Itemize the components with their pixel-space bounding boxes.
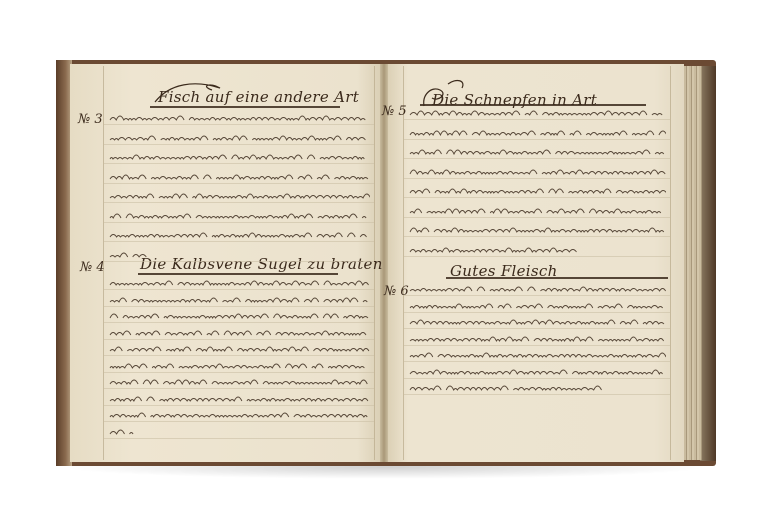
entry-6-number: № 6 [384,284,409,299]
ruled-line [104,222,374,223]
handwritten-text-line [108,393,370,405]
handwritten-text-line [108,310,370,322]
page-block-edges [684,66,702,460]
ruled-line [104,202,374,203]
handwritten-text-line [408,349,666,361]
ruled-line [404,312,670,313]
handwritten-text-line [108,249,148,261]
handwritten-text-line [408,333,666,345]
ruled-line [404,197,670,198]
handwritten-text-line [108,112,370,124]
ruled-line [404,217,670,218]
ruled-line [104,241,374,242]
handwritten-text-line [108,426,138,438]
ruled-line [404,295,670,296]
handwritten-text-line [108,171,370,183]
handwritten-text-line [108,294,370,306]
entry-3-heading: Fisch auf eine andere Art [158,88,359,106]
ruled-line [404,378,670,379]
ruled-line [404,236,670,237]
entry-5-number: № 5 [382,104,407,119]
ruled-line [104,289,374,290]
ruled-line [104,322,374,323]
handwritten-text-line [108,360,370,372]
ruled-line [104,144,374,145]
entry-4-number: № 4 [80,260,105,275]
ruled-line [104,306,374,307]
ruled-line [404,139,670,140]
right-page-margin-rule [403,66,404,460]
handwritten-text-line [408,127,666,139]
handwritten-text-line [408,185,666,197]
ruled-line [404,119,670,120]
handwritten-text-line [108,190,370,202]
handwritten-text-line [408,146,666,158]
entry-3-heading-underline [150,106,340,108]
entry-4-heading: Die Kalbsvene Sugel zu braten [140,255,383,273]
ruled-line [404,256,670,257]
handwritten-text-line [408,224,666,236]
entry-4-heading-underline [138,273,338,275]
ruled-line [104,261,374,262]
handwritten-text-line [408,300,666,312]
entry-6-heading-underline [446,277,668,279]
ruled-line [104,124,374,125]
ruled-line [404,394,670,395]
ruled-line [104,339,374,340]
handwritten-text-line [108,376,370,388]
handwritten-text-line [408,205,666,217]
handwritten-text-line [108,327,370,339]
handwritten-text-line [108,409,370,421]
handwritten-text-line [108,277,370,289]
ruled-line [104,405,374,406]
ruled-line [104,183,374,184]
handwritten-text-line [408,166,666,178]
handwritten-text-line [408,107,666,119]
ruled-line [104,163,374,164]
ruled-line [104,372,374,373]
handwritten-text-line [408,316,666,328]
ruled-line [404,345,670,346]
handwritten-text-line [108,343,370,355]
right-page-outer-rule [670,66,671,460]
handwritten-text-line [108,132,370,144]
entry-3-number: № 3 [78,112,103,127]
ruled-line [404,361,670,362]
handwritten-text-line [408,382,608,394]
handwritten-text-line [408,283,666,295]
entry-5-heading-underline [420,104,646,106]
ruled-line [104,438,374,439]
ruled-line [104,421,374,422]
ruled-line [104,355,374,356]
ruled-line [404,178,670,179]
ruled-line [404,328,670,329]
ruled-line [404,158,670,159]
handwritten-text-line [108,229,370,241]
handwritten-text-line [408,244,578,256]
cover-edge-right [700,66,716,461]
handwritten-text-line [108,151,370,163]
handwritten-text-line [408,366,666,378]
ruled-line [104,388,374,389]
handwritten-text-line [108,210,370,222]
